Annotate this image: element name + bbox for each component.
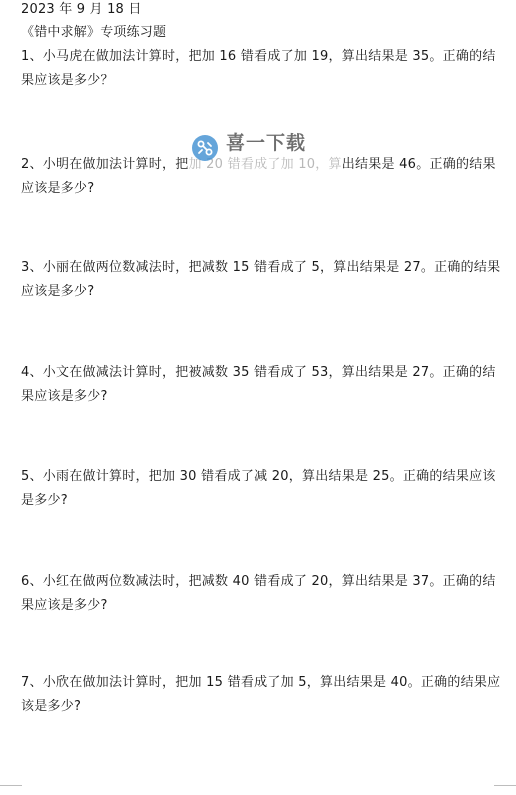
question-3: 3、小丽在做两位数减法时，把减数 15 错看成了 5，算出结果是 27。正确的结… bbox=[21, 256, 501, 304]
question-6: 6、小红在做两位数减法时，把减数 40 错看成了 20，算出结果是 37。正确的… bbox=[21, 570, 501, 618]
question-4: 4、小文在做减法计算时，把被减数 35 错看成了 53，算出结果是 27。正确的… bbox=[21, 361, 501, 409]
question-3-line-2: 应该是多少? bbox=[21, 280, 501, 304]
question-1-line-1: 1、小马虎在做加法计算时，把加 16 错看成了加 19，算出结果是 35。正确的… bbox=[21, 45, 501, 69]
question-1-line-2: 果应该是多少？ bbox=[21, 69, 501, 93]
question-2-line-1-part-c: 出结果是 46。正确的结果 bbox=[342, 157, 496, 172]
question-2-line-1-part-b: 加 20 错看成了加 10，算 bbox=[189, 157, 342, 172]
watermark-text: 喜一下载 bbox=[226, 128, 306, 155]
page-corner-mark-left bbox=[0, 785, 22, 786]
question-7: 7、小欣在做加法计算时，把加 15 错看成了加 5，算出结果是 40。正确的结果… bbox=[21, 671, 501, 719]
question-6-line-2: 果应该是多少? bbox=[21, 594, 501, 618]
question-1: 1、小马虎在做加法计算时，把加 16 错看成了加 19，算出结果是 35。正确的… bbox=[21, 45, 501, 93]
question-2: 2、小明在做加法计算时，把加 20 错看成了加 10，算出结果是 46。正确的结… bbox=[21, 153, 501, 201]
document-date: 2023 年 9 月 18 日 bbox=[21, 1, 142, 19]
question-7-line-2: 该是多少? bbox=[21, 695, 501, 719]
question-2-line-1: 2、小明在做加法计算时，把加 20 错看成了加 10，算出结果是 46。正确的结… bbox=[21, 153, 501, 177]
question-2-line-2: 应该是多少? bbox=[21, 177, 501, 201]
question-4-line-2: 果应该是多少? bbox=[21, 385, 501, 409]
question-3-line-1: 3、小丽在做两位数减法时，把减数 15 错看成了 5，算出结果是 27。正确的结… bbox=[21, 256, 501, 280]
question-5-line-2: 是多少? bbox=[21, 489, 501, 513]
question-2-line-1-part-a: 2、小明在做加法计算时，把 bbox=[21, 157, 189, 172]
watermark: 喜一下载 bbox=[192, 128, 306, 155]
document-title: 《错中求解》专项练习题 bbox=[21, 24, 166, 42]
question-5-line-1: 5、小雨在做计算时，把加 30 错看成了减 20，算出结果是 25。正确的结果应… bbox=[21, 465, 501, 489]
question-7-line-1: 7、小欣在做加法计算时，把加 15 错看成了加 5，算出结果是 40。正确的结果… bbox=[21, 671, 501, 695]
document-page: 2023 年 9 月 18 日 《错中求解》专项练习题 1、小马虎在做加法计算时… bbox=[0, 0, 516, 795]
question-6-line-1: 6、小红在做两位数减法时，把减数 40 错看成了 20，算出结果是 37。正确的… bbox=[21, 570, 501, 594]
question-5: 5、小雨在做计算时，把加 30 错看成了减 20，算出结果是 25。正确的结果应… bbox=[21, 465, 501, 513]
question-4-line-1: 4、小文在做减法计算时，把被减数 35 错看成了 53，算出结果是 27。正确的… bbox=[21, 361, 501, 385]
page-corner-mark-right bbox=[494, 785, 516, 786]
